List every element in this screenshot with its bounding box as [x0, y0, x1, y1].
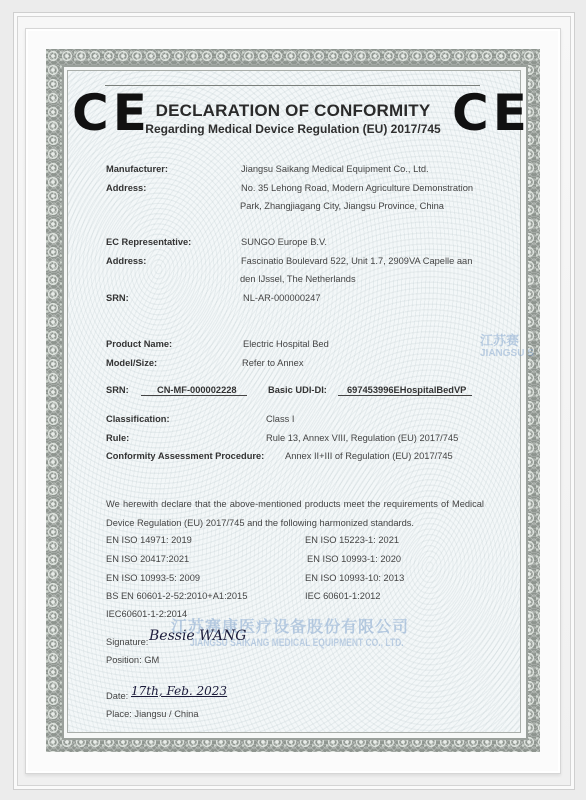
standard-item: EN ISO 10993-5: 2009 [106, 573, 200, 583]
product-name-value: Electric Hospital Bed [243, 339, 329, 349]
standard-item: EN ISO 20417:2021 [106, 554, 189, 564]
handwritten-signature: Bessie WANG [149, 628, 246, 644]
standard-item: EN ISO 14971: 2019 [106, 535, 192, 545]
procedure-label: Conformity Assessment Procedure: [106, 451, 264, 461]
place-text: Place: Jiangsu / China [106, 709, 199, 719]
manufacturer-value: Jiangsu Saikang Medical Equipment Co., L… [241, 164, 429, 174]
position-text: Position: GM [106, 655, 159, 665]
ec-rep-value: SUNGO Europe B.V. [241, 237, 327, 247]
product-srn-value: CN-MF-000002228 [141, 385, 247, 395]
ec-rep-label: EC Representative: [106, 237, 191, 247]
classification-label: Classification: [106, 414, 170, 424]
document-title: DECLARATION OF CONFORMITY [0, 101, 586, 121]
standard-item: EN ISO 15223-1: 2021 [305, 535, 399, 545]
manufacturer-address-label: Address: [106, 183, 146, 193]
model-size-value: Refer to Annex [242, 358, 304, 368]
handwritten-date: 17th, Feb. 2023 [131, 684, 227, 698]
manufacturer-address-line2: Park, Zhangjiagang City, Jiangsu Provinc… [240, 201, 444, 211]
ec-rep-srn-value: NL-AR-000000247 [243, 293, 321, 303]
standard-item: EN ISO 10993-10: 2013 [305, 573, 404, 583]
standard-item: EN ISO 10993-1: 2020 [307, 554, 401, 564]
ec-rep-address-label: Address: [106, 256, 146, 266]
rule-value: Rule 13, Annex VIII, Regulation (EU) 201… [266, 433, 458, 443]
date-label: Date: [106, 691, 128, 701]
stamp-fragment-english: JIANGSU S [480, 348, 534, 359]
signature-label: Signature: [106, 637, 148, 647]
product-srn-underlined: CN-MF-000002228 [141, 385, 247, 396]
model-size-label: Model/Size: [106, 358, 157, 368]
udi-underlined: 697453996EHospitalBedVP [338, 385, 472, 396]
procedure-value: Annex II+III of Regulation (EU) 2017/745 [285, 451, 453, 461]
udi-label: Basic UDI-DI: [268, 385, 327, 395]
classification-value: Class I [266, 414, 294, 424]
product-name-label: Product Name: [106, 339, 172, 349]
manufacturer-address-line1: No. 35 Lehong Road, Modern Agriculture D… [241, 183, 473, 193]
standard-item: BS EN 60601-2-52:2010+A1:2015 [106, 591, 247, 601]
declaration-text: We herewith declare that the above-menti… [106, 495, 484, 533]
document-subtitle: Regarding Medical Device Regulation (EU)… [0, 122, 586, 136]
stamp-fragment-chinese: 江苏赛 [480, 330, 519, 349]
standard-item: IEC 60601-1:2012 [305, 591, 380, 601]
header-rule [105, 85, 480, 86]
manufacturer-label: Manufacturer: [106, 164, 168, 174]
ec-rep-srn-label: SRN: [106, 293, 129, 303]
product-srn-label: SRN: [106, 385, 129, 395]
rule-label: Rule: [106, 433, 129, 443]
ec-rep-address-line1: Fascinatio Boulevard 522, Unit 1.7, 2909… [241, 256, 472, 266]
udi-value: 697453996EHospitalBedVP [338, 385, 472, 395]
ec-rep-address-line2: den IJssel, The Netherlands [240, 274, 356, 284]
